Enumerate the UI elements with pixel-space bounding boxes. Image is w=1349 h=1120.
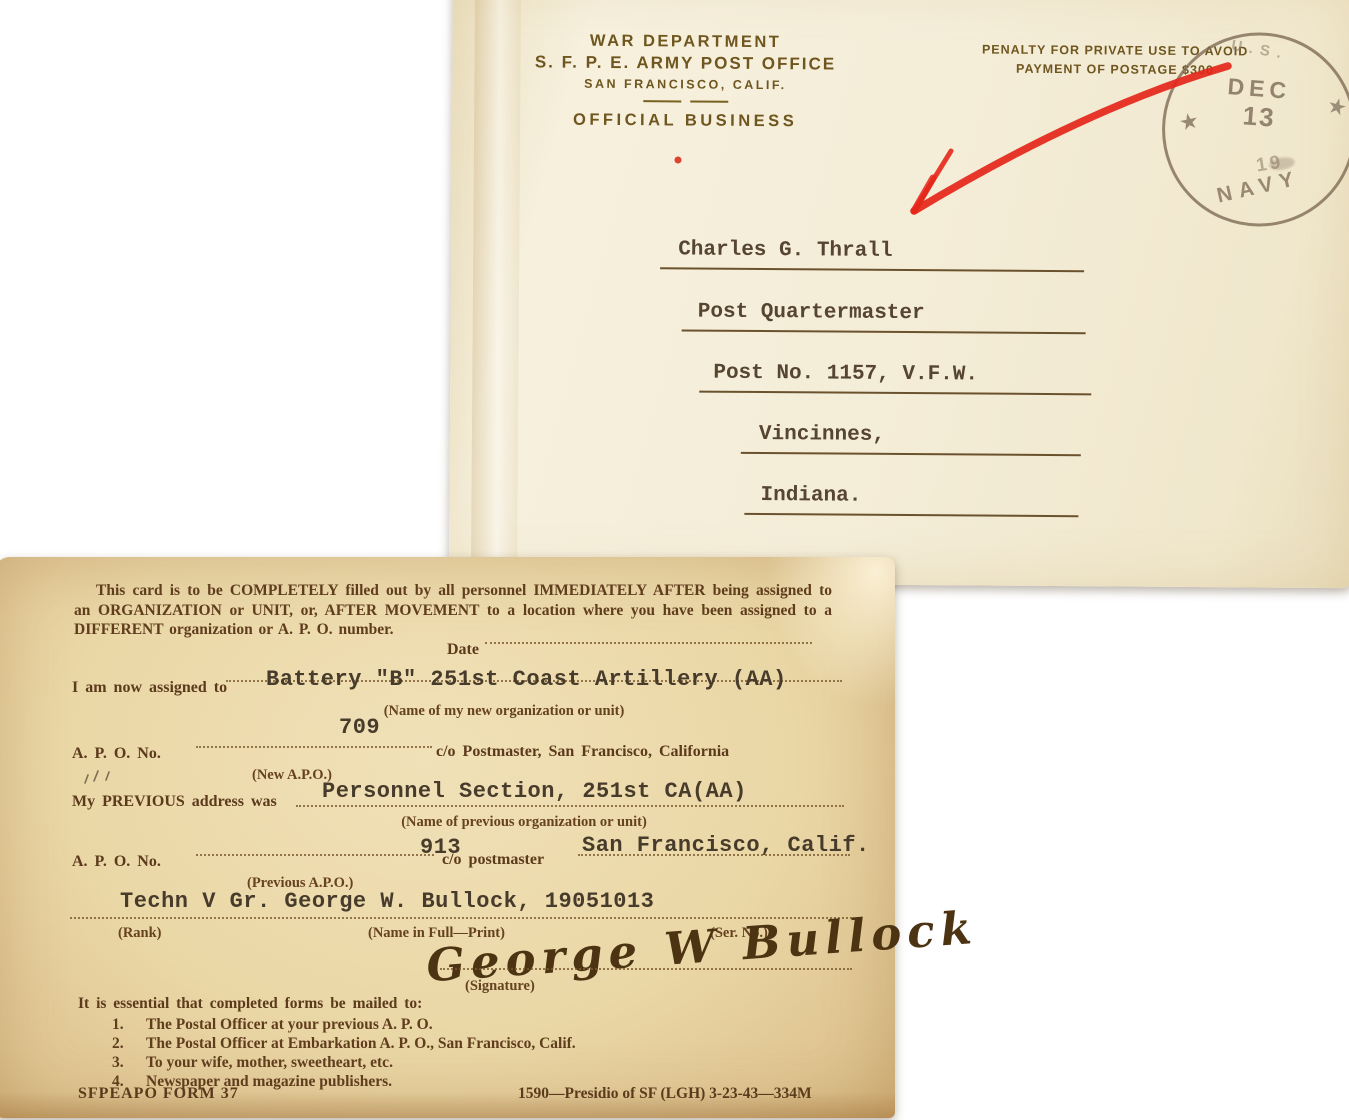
previous-apo-label: A. P. O. No.	[72, 853, 161, 871]
war-dept-header: WAR DEPARTMENT S. F. P. E. ARMY POST OFF…	[533, 31, 838, 131]
signature-dotted-line	[440, 968, 852, 970]
previous-apo-city-dotted-line	[578, 854, 850, 856]
postmark-us-text: U.S.	[1230, 37, 1289, 63]
ink-scribble	[82, 767, 116, 789]
assigned-value: Battery "B" 251st Coast Artillery (AA)	[266, 667, 787, 692]
army-post-office-line: S. F. P. E. ARMY POST OFFICE	[533, 52, 837, 74]
new-apo-value: 709	[339, 715, 380, 740]
new-apo-label: A. P. O. No.	[72, 745, 161, 763]
address-line-post: Post No. 1157, V.F.W.	[699, 357, 1091, 396]
previous-dotted-line	[296, 805, 844, 807]
date-dotted-line	[485, 642, 812, 644]
identity-line: Techn V Gr. George W. Bullock, 19051013	[120, 889, 654, 914]
address-line-name: Charles G. Thrall	[660, 233, 1084, 272]
previous-apo-suffix: c/o postmaster	[442, 851, 544, 869]
mailing-item-text: The Postal Officer at Embarkation A. P. …	[146, 1035, 576, 1052]
postmark-month: DEC	[1227, 73, 1292, 105]
mailing-item-3: 3.To your wife, mother, sweetheart, etc.	[112, 1054, 393, 1072]
previous-caption: (Name of previous organization or unit)	[324, 814, 724, 831]
print-code: 1590—Presidio of SF (LGH) 3-23-43—334M	[518, 1085, 812, 1103]
form-number: SFPEAPO FORM 37	[78, 1085, 239, 1103]
form-card: This card is to be COMPLETELY filled out…	[0, 557, 895, 1118]
postmark-star-left-icon: ★	[1177, 107, 1202, 136]
previous-apo-dotted-line	[196, 854, 434, 856]
mailing-item-2: 2.The Postal Officer at Embarkation A. P…	[112, 1035, 576, 1053]
header-divider	[641, 100, 729, 103]
postcard-scan-canvas: WAR DEPARTMENT S. F. P. E. ARMY POST OFF…	[0, 0, 1349, 1120]
mailing-intro: It is essential that completed forms be …	[78, 995, 422, 1013]
mailing-item-text: The Postal Officer at your previous A. P…	[146, 1016, 433, 1033]
signature-caption: (Signature)	[465, 978, 535, 995]
postmark-day: 13	[1242, 100, 1277, 133]
official-business-label: OFFICIAL BUSINESS	[533, 110, 837, 131]
postmark-star-right-icon: ★	[1325, 92, 1349, 122]
assigned-label: I am now assigned to	[72, 679, 227, 697]
previous-value: Personnel Section, 251st CA(AA)	[322, 779, 747, 804]
rank-caption: (Rank)	[118, 925, 162, 942]
war-dept-line: WAR DEPARTMENT	[534, 31, 838, 52]
card-crease	[471, 0, 521, 582]
postmark-stamp: U.S. ★ ★ DEC 13 19 NAVY	[1161, 32, 1349, 227]
mailing-item-text: To your wife, mother, sweetheart, etc.	[146, 1054, 393, 1071]
address-line-state: Indiana.	[744, 479, 1078, 517]
address-line-title: Post Quartermaster	[682, 295, 1086, 334]
mailing-item-number: 1.	[112, 1016, 146, 1034]
date-label: Date	[447, 641, 479, 659]
instructions-paragraph: This card is to be COMPLETELY filled out…	[74, 581, 832, 640]
new-apo-dotted-line	[196, 746, 432, 748]
mailing-item-1: 1.The Postal Officer at your previous A.…	[112, 1016, 433, 1034]
address-card: WAR DEPARTMENT S. F. P. E. ARMY POST OFF…	[449, 0, 1349, 588]
mailing-item-number: 3.	[112, 1054, 146, 1072]
previous-label: My PREVIOUS address was	[72, 793, 277, 811]
new-apo-caption: (New A.P.O.)	[252, 767, 332, 784]
mailing-item-number: 2.	[112, 1035, 146, 1053]
city-line: SAN FRANCISCO, CALIF.	[533, 76, 837, 92]
new-apo-suffix: c/o Postmaster, San Francisco, Californi…	[436, 743, 729, 761]
address-line-city: Vincinnes,	[741, 418, 1081, 456]
